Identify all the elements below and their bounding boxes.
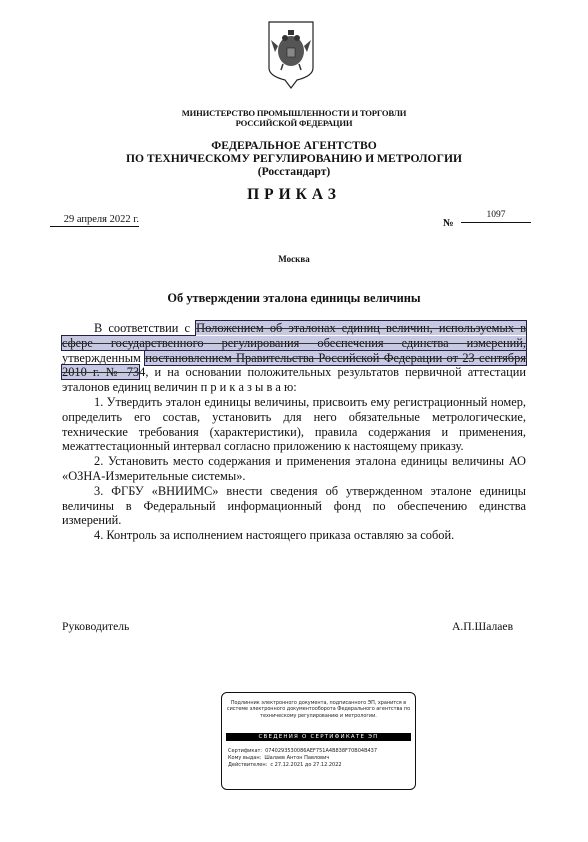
signatory-position: Руководитель — [62, 620, 129, 633]
order-number-label: № — [443, 218, 454, 229]
certificate-label: Сертификат: — [228, 748, 262, 754]
document-type-title: ПРИКАЗ — [0, 186, 588, 204]
order-item: 1. Утвердить эталон единицы величины, пр… — [62, 395, 526, 454]
stamp-note: Подлинник электронного документа, подпис… — [226, 700, 411, 719]
order-body: В соответствии с Положением об эталонах … — [62, 321, 526, 543]
certificate-value: 0740293530086AEF751A4B838F70B04B437 — [265, 748, 377, 754]
order-item: 3. ФГБУ «ВНИИМС» внести сведения об утве… — [62, 484, 526, 528]
ministry-name-line2: РОССИЙСКОЙ ФЕДЕРАЦИИ — [0, 118, 588, 128]
stamp-certificate-info: Сертификат:0740293530086AEF751A4B838F70B… — [228, 748, 377, 768]
ministry-name-line1: МИНИСТЕРСТВО ПРОМЫШЛЕННОСТИ И ТОРГОВЛИ — [0, 108, 588, 118]
valid-value: с 27.12.2021 до 27.12.2022 — [270, 762, 341, 768]
intro-lead: В соответствии с — [94, 321, 196, 335]
order-number: 1097 — [461, 210, 531, 223]
electronic-signature-stamp: Подлинник электронного документа, подпис… — [221, 692, 416, 790]
signatory-name: А.П.Шалаев — [452, 620, 513, 633]
agency-short-name: (Росстандарт) — [0, 166, 588, 179]
order-item: 2. Установить место содержания и примене… — [62, 454, 526, 484]
valid-label: Действителен: — [228, 762, 267, 768]
order-date: 29 апреля 2022 г. — [50, 214, 139, 227]
order-item: 4. Контроль за исполнением настоящего пр… — [62, 528, 526, 543]
intro-paragraph: В соответствии с Положением об эталонах … — [62, 321, 526, 395]
agency-name-line2: ПО ТЕХНИЧЕСКОМУ РЕГУЛИРОВАНИЮ И МЕТРОЛОГ… — [0, 153, 588, 166]
agency-name-line1: ФЕДЕРАЛЬНОЕ АГЕНТСТВО — [0, 140, 588, 153]
coat-of-arms-icon — [263, 18, 319, 90]
stamp-band: СВЕДЕНИЯ О СЕРТИФИКАТЕ ЭП — [226, 733, 411, 741]
city: Москва — [0, 254, 588, 264]
intro-mid: утвержденным — [62, 351, 145, 365]
order-subject: Об утверждении эталона единицы величины — [0, 291, 588, 306]
issued-to-value: Шалаев Антон Павлович — [264, 755, 329, 761]
issued-to-label: Кому выдан: — [228, 755, 261, 761]
